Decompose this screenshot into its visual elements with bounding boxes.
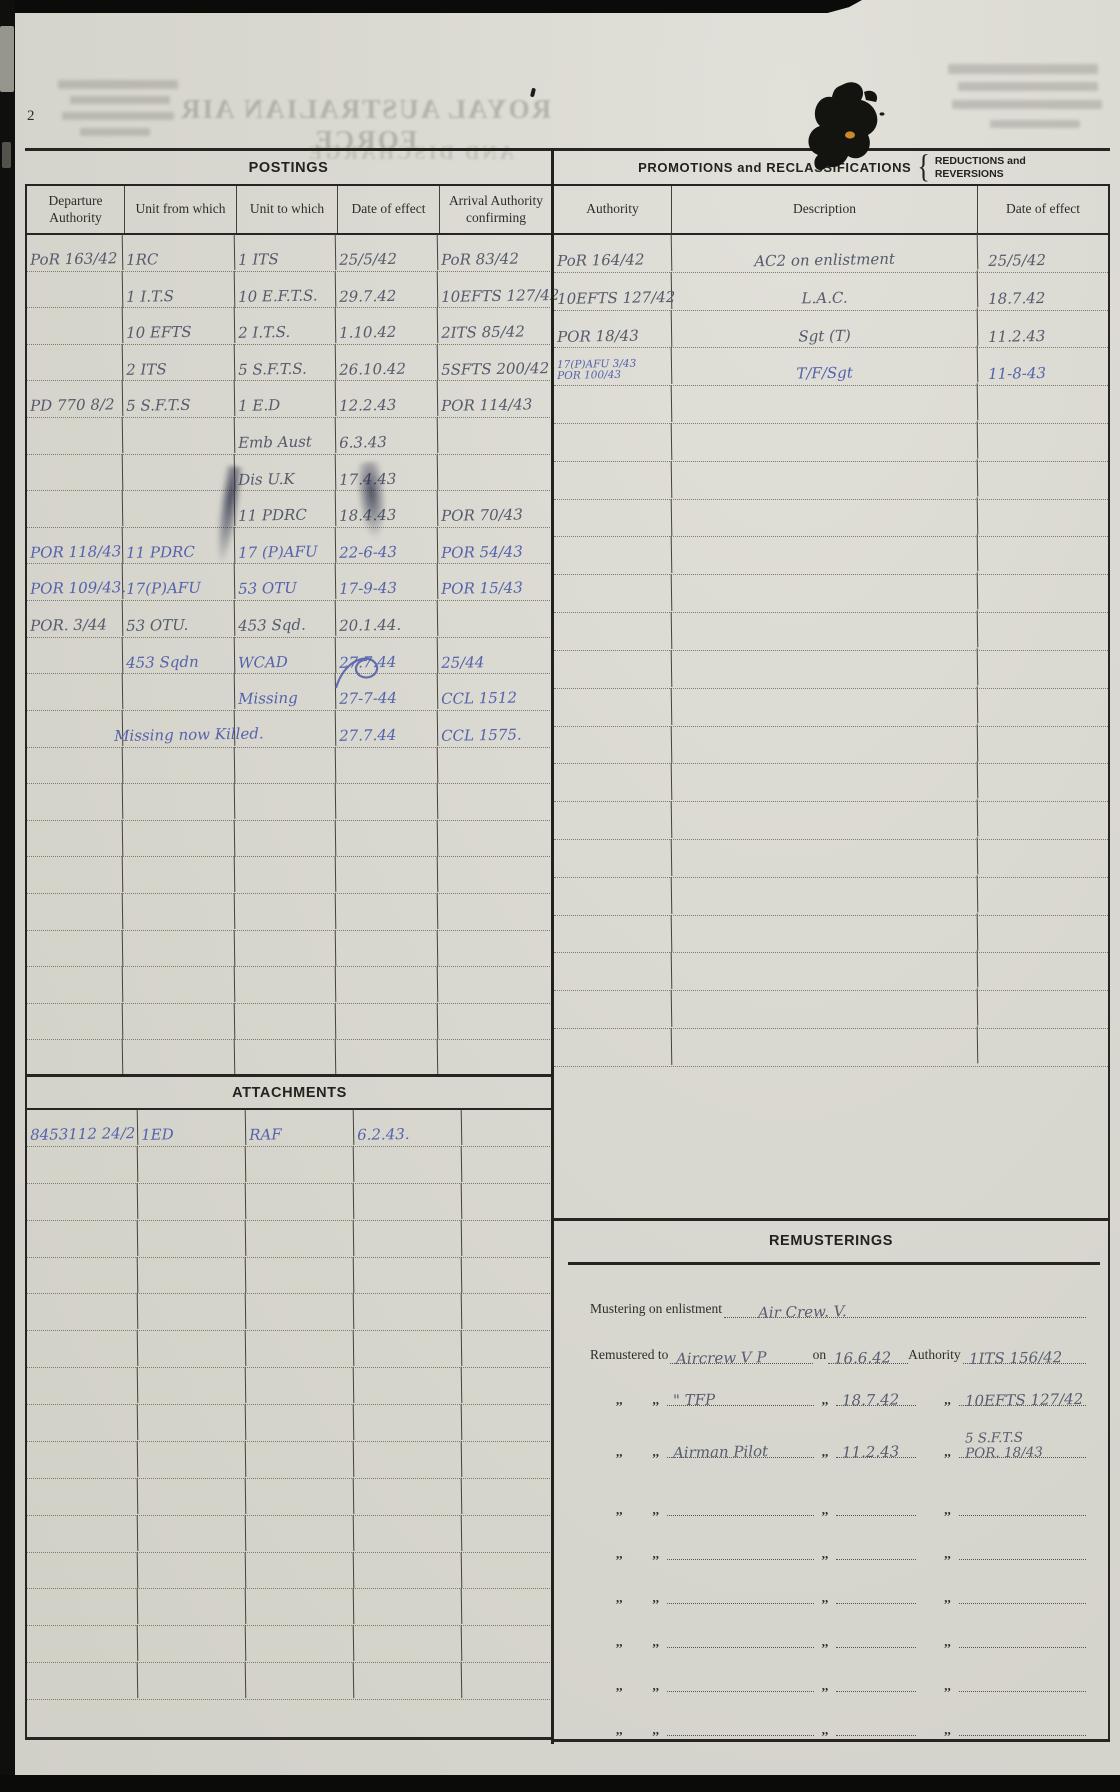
scan-edge-top — [0, 0, 862, 13]
cell-departure-authority — [27, 490, 124, 527]
postings-row: 453 Sqdn WCAD 27.7.44 25/44 — [27, 638, 552, 675]
postings-row: PD 770 8/2 5 S.F.T.S 1 E.D 12.2.43 POR 1… — [27, 381, 552, 418]
cell-unit-to — [246, 1367, 355, 1405]
cell-extra — [462, 1294, 553, 1331]
empty-field — [836, 1573, 916, 1604]
cell-authority — [27, 1257, 139, 1295]
cell-unit-to — [246, 1441, 355, 1479]
postings-row — [27, 821, 552, 858]
cell-arrival-authority — [438, 966, 551, 1004]
cell-unit-from — [123, 747, 236, 785]
remustering-empty-row: ,, ,, ,, ,, — [590, 1706, 1086, 1736]
cell-authority — [554, 725, 673, 764]
cell-unit-from — [123, 1003, 236, 1041]
empty-field — [836, 1661, 916, 1692]
cell-arrival-authority: PoR 83/42 — [438, 234, 551, 272]
cell-departure-authority — [27, 673, 124, 710]
cell-unit-to: Dis U.K — [235, 454, 337, 491]
cell-date — [354, 1330, 463, 1368]
cell-arrival-authority: CCL 1575. — [438, 710, 551, 748]
ditto-mark: ,, — [942, 1591, 953, 1604]
promotions-row — [554, 651, 1108, 689]
cell-description: L.A.C. — [672, 270, 979, 312]
attachments-row — [27, 1553, 552, 1590]
cell-departure-authority — [27, 344, 124, 381]
ditto-mark: ,, — [614, 1393, 625, 1406]
empty-field — [667, 1485, 814, 1516]
cell-description — [672, 384, 979, 426]
cell-unit-to — [246, 1293, 355, 1331]
cell-date-of-effect: 1.10.42 — [336, 307, 439, 344]
cell-authority: 8453112 24/2 — [27, 1109, 139, 1147]
empty-field — [959, 1661, 1086, 1692]
remusterings-title: REMUSTERINGS — [769, 1233, 893, 1249]
ditto-mark: ,, — [942, 1635, 953, 1648]
cell-authority — [27, 1220, 139, 1258]
cell-arrival-authority — [438, 600, 551, 638]
ditto-mark: ,, — [820, 1445, 831, 1458]
col-date-of-effect: Date of effect — [338, 186, 440, 233]
mustering-field: Air Crew. V. — [724, 1291, 1086, 1318]
cell-date-of-effect — [336, 966, 439, 1003]
col-date-of-effect: Date of effect — [978, 186, 1108, 233]
cell-arrival-authority: 5SFTS 200/42 — [438, 344, 551, 382]
promotions-row: 17(P)AFU 3/43 POR 100/43 T/F/Sgt 11-8-43 — [554, 348, 1108, 386]
remustered-to-field: " TFP — [667, 1367, 814, 1406]
cell-unit-to — [235, 856, 337, 893]
empty-field — [836, 1485, 916, 1516]
remustered-authority-value: 1ITS 156/42 — [969, 1350, 1063, 1367]
ditto-mark: ,, — [651, 1591, 662, 1604]
postings-row: 1 I.T.S 10 E.F.T.S. 29.7.42 10EFTS 127/4… — [27, 272, 552, 309]
authority-label: Authority — [908, 1347, 963, 1364]
reductions-line1: REDUCTIONS and — [935, 155, 1026, 167]
cell-unit-to — [235, 1003, 337, 1040]
ditto-mark: ,, — [651, 1723, 662, 1736]
cell-authority — [554, 574, 673, 613]
postings-row — [27, 784, 552, 821]
ditto-mark: ,, — [614, 1635, 625, 1648]
postings-row: Missing now Killed. 27.7.44 CCL 1575. — [27, 711, 552, 748]
cell-unit-from: 5 S.F.T.S — [123, 380, 236, 418]
cell-date-of-effect — [336, 930, 439, 967]
cell-authority — [554, 877, 673, 916]
cell-unit-from — [138, 1404, 247, 1442]
cell-arrival-authority: POR 114/43 — [438, 380, 551, 418]
remustering-entry-row: ,, ,, Airman Pilot ,, 11.2.43 ,, 5 S.F.T… — [590, 1420, 1086, 1458]
cell-date-of-effect — [978, 385, 1109, 424]
cell-authority — [554, 915, 673, 954]
remustered-on-field: 18.7.42 — [836, 1367, 916, 1406]
cell-date-of-effect — [978, 839, 1109, 878]
attachments-row — [27, 1368, 552, 1405]
cell-authority — [27, 1515, 139, 1553]
cell-unit-from — [138, 1220, 247, 1258]
postings-rows: PoR 163/42 1RC 1 ITS 25/5/42 PoR 83/42 1… — [25, 235, 552, 1077]
cell-unit-to — [246, 1515, 355, 1553]
bleedthrough-smudge — [958, 82, 1098, 91]
cell-arrival-authority: 25/44 — [438, 637, 551, 675]
remustered-line: Remustered to Aircrew V P on 16.6.42 Aut… — [590, 1338, 1086, 1364]
cell-date-of-effect: 20.1.44. — [336, 600, 439, 637]
cell-date-of-effect — [978, 877, 1109, 916]
cell-description — [672, 951, 979, 993]
attachments-title: ATTACHMENTS — [232, 1085, 347, 1101]
cell-departure-authority — [27, 710, 124, 747]
postings-row: Missing 27-7-44 CCL 1512 — [27, 674, 552, 711]
remustered-to-value: Airman Pilot — [673, 1444, 768, 1461]
cell-unit-from: 2 ITS — [123, 344, 236, 382]
promotions-column-headers: Authority Description Date of effect — [554, 184, 1110, 235]
promotions-row — [554, 953, 1108, 991]
promotions-row — [554, 764, 1108, 802]
cell-date-of-effect — [336, 893, 439, 930]
cell-unit-to — [235, 747, 337, 784]
ditto-mark: ,, — [942, 1547, 953, 1560]
cell-departure-authority — [27, 857, 124, 894]
attachments-row — [27, 1221, 552, 1258]
remusterings-header: REMUSTERINGS — [554, 1232, 1108, 1250]
promotions-row — [554, 878, 1108, 916]
cell-unit-to — [235, 820, 337, 857]
cell-unit-to: 10 E.F.T.S. — [235, 271, 337, 308]
cell-date — [354, 1662, 463, 1700]
postings-row: 11 PDRC 18.4.43 POR 70/43 — [27, 491, 552, 528]
cell-date-of-effect: 6.3.43 — [336, 417, 439, 454]
cell-unit-from — [123, 454, 236, 492]
cell-date — [354, 1478, 463, 1516]
cell-extra — [462, 1626, 553, 1663]
cell-date — [354, 1552, 463, 1590]
postings-row — [27, 967, 552, 1004]
cell-arrival-authority — [438, 417, 551, 455]
cell-authority: 17(P)AFU 3/43 POR 100/43 — [554, 347, 673, 386]
ditto-mark: ,, — [614, 1445, 625, 1458]
cell-unit-to — [246, 1257, 355, 1295]
attachments-row — [27, 1184, 552, 1221]
cell-authority — [554, 499, 673, 538]
cell-authority — [554, 536, 673, 575]
remustered-to-value: " TFP — [673, 1393, 715, 1409]
reductions-title: REDUCTIONS and REVERSIONS — [935, 155, 1026, 179]
empty-field — [667, 1529, 814, 1560]
cell-departure-authority — [27, 783, 124, 820]
promotions-section: PROMOTIONS and RECLASSIFICATIONS { REDUC… — [554, 148, 1110, 1221]
promotions-row — [554, 991, 1108, 1029]
promotions-row — [554, 500, 1108, 538]
cell-unit-to — [235, 893, 337, 930]
mustering-line: Mustering on enlistment Air Crew. V. — [590, 1292, 1086, 1318]
promotions-row — [554, 386, 1108, 424]
cell-authority — [27, 1625, 139, 1663]
cell-departure-authority — [27, 930, 124, 967]
cell-authority — [554, 688, 673, 727]
cell-date-of-effect: 11.2.43 — [978, 309, 1109, 348]
cell-date-of-effect: 26.10.42 — [336, 344, 439, 381]
cell-date-of-effect — [978, 952, 1109, 991]
cell-unit-from — [138, 1146, 247, 1184]
page-number: 2 — [27, 108, 35, 125]
empty-field — [959, 1529, 1086, 1560]
cell-arrival-authority: POR 54/43 — [438, 527, 551, 565]
scan-edge-tear — [0, 26, 14, 92]
postings-row: 10 EFTS 2 I.T.S. 1.10.42 2ITS 85/42 — [27, 308, 552, 345]
cell-description — [672, 988, 979, 1030]
attachments-section: ATTACHMENTS 8453112 24/2 1ED RAF 6.2.43. — [25, 1074, 552, 1740]
cell-date-of-effect — [978, 688, 1109, 727]
cell-extra — [462, 1404, 553, 1441]
ditto-mark: ,, — [651, 1393, 662, 1406]
cell-date — [354, 1146, 463, 1184]
promotions-row — [554, 840, 1108, 878]
remustered-authority-field: 10EFTS 127/42 — [959, 1367, 1086, 1406]
cell-description — [672, 497, 979, 539]
cell-unit-to — [246, 1220, 355, 1258]
empty-field — [836, 1617, 916, 1648]
cell-description — [672, 724, 979, 766]
postings-section: POSTINGS Departure Authority Unit from w… — [25, 148, 552, 1077]
cell-unit-from — [138, 1552, 247, 1590]
cell-unit-to: 1 ITS — [235, 234, 337, 271]
cell-departure-authority — [27, 417, 124, 454]
cell-extra — [462, 1146, 553, 1183]
cell-date-of-effect — [336, 783, 439, 820]
cell-unit-from — [123, 1039, 236, 1077]
empty-field — [667, 1705, 814, 1736]
cell-date — [354, 1293, 463, 1331]
cell-unit-from — [123, 856, 236, 894]
cell-date-of-effect — [336, 1040, 439, 1077]
cell-authority — [27, 1589, 139, 1627]
cell-description — [672, 913, 979, 955]
remustered-to-field: Aircrew V P — [670, 1337, 812, 1364]
cell-unit-to: WCAD — [235, 637, 337, 674]
ditto-mark: ,, — [651, 1679, 662, 1692]
ditto-mark: ,, — [651, 1635, 662, 1648]
cell-date-of-effect — [978, 461, 1109, 500]
postings-column-headers: Departure Authority Unit from which Unit… — [25, 184, 552, 235]
cell-arrival-authority: 2ITS 85/42 — [438, 307, 551, 345]
ditto-mark: ,, — [614, 1723, 625, 1736]
on-label: on — [813, 1347, 829, 1364]
cell-date-of-effect: 25/5/42 — [336, 234, 439, 271]
remustering-empty-row: ,, ,, ,, ,, — [590, 1662, 1086, 1692]
ink-blot — [798, 78, 890, 178]
cell-unit-from — [123, 417, 236, 455]
cell-unit-to: Missing — [235, 673, 337, 710]
cell-extra — [462, 1257, 553, 1294]
ditto-mark: ,, — [651, 1503, 662, 1516]
cell-authority — [27, 1330, 139, 1368]
cell-authority — [27, 1404, 139, 1442]
remustering-empty-row: ,, ,, ,, ,, — [590, 1530, 1086, 1560]
cell-authority: PoR 164/42 — [554, 234, 673, 273]
cell-description — [672, 875, 979, 917]
cell-extra — [462, 1441, 553, 1478]
ditto-mark: ,, — [820, 1723, 831, 1736]
ditto-mark: ,, — [614, 1679, 625, 1692]
cell-extra — [462, 1330, 553, 1367]
cell-unit-from — [138, 1367, 247, 1405]
ditto-mark: ,, — [820, 1503, 831, 1516]
cell-unit-to: 5 S.F.T.S. — [235, 344, 337, 381]
remustered-to-value: Aircrew V P — [676, 1350, 767, 1367]
scan-edge-tear — [2, 142, 11, 168]
promotions-row — [554, 575, 1108, 613]
cell-extra — [462, 1220, 553, 1257]
cell-extra — [462, 1367, 553, 1404]
promotions-row — [554, 1029, 1108, 1067]
cell-unit-from: 53 OTU. — [123, 600, 236, 638]
cell-date-of-effect — [978, 725, 1109, 764]
ditto-mark: ,, — [614, 1591, 625, 1604]
cell-arrival-authority — [438, 820, 551, 858]
col-description: Description — [672, 186, 978, 233]
cell-authority — [554, 612, 673, 651]
cell-description — [672, 1026, 979, 1068]
ditto-mark: ,, — [651, 1547, 662, 1560]
ditto-mark: ,, — [942, 1679, 953, 1692]
postings-row: PoR 163/42 1RC 1 ITS 25/5/42 PoR 83/42 — [27, 235, 552, 272]
cell-departure-authority — [27, 1040, 124, 1077]
cell-authority — [27, 1367, 139, 1405]
cell-unit-to: 53 OTU — [235, 564, 337, 601]
bleedthrough-smudge — [62, 112, 174, 120]
cell-date-of-effect — [978, 914, 1109, 953]
cell-unit-to — [235, 966, 337, 1003]
cell-departure-authority: POR 118/43 — [27, 527, 124, 564]
promotions-row — [554, 424, 1108, 462]
postings-row: POR 118/43 11 PDRC 17 (P)AFU 22-6-43 POR… — [27, 528, 552, 565]
cell-arrival-authority — [438, 856, 551, 894]
postings-row — [27, 748, 552, 785]
col-arrival-authority: Arrival Authority confirming — [440, 186, 552, 233]
cell-departure-authority — [27, 966, 124, 1003]
cell-unit-from — [138, 1625, 247, 1663]
cell-date — [354, 1515, 463, 1553]
cell-authority — [27, 1552, 139, 1590]
cell-date-of-effect — [978, 536, 1109, 575]
cell-description: Sgt (T) — [672, 308, 979, 350]
col-departure-authority: Departure Authority — [27, 186, 125, 233]
promotions-row: 10EFTS 127/42 L.A.C. 18.7.42 — [554, 273, 1108, 311]
cell-unit-to — [246, 1146, 355, 1184]
cell-unit-to: Emb Aust — [235, 417, 337, 454]
cell-date — [354, 1625, 463, 1663]
cell-date-of-effect: 12.2.43 — [336, 381, 439, 418]
bleedthrough-smudge — [70, 96, 170, 104]
cell-arrival-authority — [438, 1003, 551, 1041]
col-authority: Authority — [554, 186, 672, 233]
ditto-mark: ,, — [614, 1547, 625, 1560]
cell-unit-from — [123, 673, 236, 711]
attachments-row — [27, 1479, 552, 1516]
postings-row — [27, 857, 552, 894]
cell-arrival-authority: CCL 1512 — [438, 673, 551, 711]
reductions-line2: REVERSIONS — [935, 168, 1004, 180]
cell-unit-to — [246, 1404, 355, 1442]
empty-field — [836, 1529, 916, 1560]
attachments-row — [27, 1331, 552, 1368]
cell-authority — [27, 1293, 139, 1331]
empty-field — [959, 1705, 1086, 1736]
cell-unit-from — [123, 966, 236, 1004]
cell-date-of-effect — [978, 499, 1109, 538]
attachments-row — [27, 1405, 552, 1442]
cell-authority — [554, 839, 673, 878]
cell-date-of-effect: 18.7.42 — [978, 272, 1109, 311]
cell-extra — [462, 1109, 553, 1146]
cell-description — [672, 535, 979, 577]
cell-date-of-effect — [336, 1003, 439, 1040]
cell-date-of-effect: 17.4.43 — [336, 454, 439, 491]
cell-description — [672, 799, 979, 841]
promotions-row — [554, 689, 1108, 727]
promotions-row — [554, 537, 1108, 575]
cell-description — [672, 421, 979, 463]
cell-departure-authority: PD 770 8/2 — [27, 381, 124, 418]
bleedthrough-smudge — [80, 128, 150, 136]
cell-unit-to: 11 PDRC — [235, 490, 337, 527]
scan-edge-bottom — [0, 1775, 1120, 1792]
cell-unit-to: 2 I.T.S. — [235, 307, 337, 344]
cell-departure-authority — [27, 820, 124, 857]
cell-unit-from — [123, 820, 236, 858]
cell-unit-from — [138, 1478, 247, 1516]
bleedthrough-smudge — [58, 80, 178, 89]
mustering-label: Mustering on enlistment — [590, 1301, 724, 1318]
cell-authority — [554, 952, 673, 991]
cell-departure-authority — [27, 1003, 124, 1040]
cell-authority — [554, 385, 673, 424]
cell-unit-to: 453 Sqd. — [235, 600, 337, 637]
ditto-mark: ,, — [820, 1547, 831, 1560]
cell-unit-from — [138, 1257, 247, 1295]
empty-field — [667, 1617, 814, 1648]
ditto-mark: ,, — [942, 1723, 953, 1736]
remustering-empty-row: ,, ,, ,, ,, — [590, 1574, 1086, 1604]
postings-header: POSTINGS — [25, 148, 552, 184]
remustered-on-field: 16.6.42 — [828, 1337, 908, 1364]
col-unit-from: Unit from which — [125, 186, 237, 233]
postings-row: 2 ITS 5 S.F.T.S. 26.10.42 5SFTS 200/42 — [27, 345, 552, 382]
postings-row: POR. 3/44 53 OTU. 453 Sqd. 20.1.44. — [27, 601, 552, 638]
cell-date — [354, 1441, 463, 1479]
postings-row — [27, 931, 552, 968]
remusterings-rule — [568, 1262, 1100, 1265]
cell-authority: POR 18/43 — [554, 310, 673, 349]
attachments-row: 8453112 24/2 1ED RAF 6.2.43. — [27, 1110, 552, 1147]
cell-unit-to — [246, 1589, 355, 1627]
cell-authority — [554, 1028, 673, 1067]
cell-unit-from — [138, 1662, 247, 1700]
cell-unit-to: 17 (P)AFU — [235, 527, 337, 564]
cell-date-of-effect: 25/5/42 — [978, 234, 1109, 273]
cell-unit-to: 1 E.D — [235, 381, 337, 418]
cell-unit-from: Missing now Killed. — [111, 710, 236, 748]
cell-extra — [462, 1589, 553, 1626]
empty-field — [667, 1661, 814, 1692]
cell-unit-to — [246, 1552, 355, 1590]
cell-unit-from — [138, 1589, 247, 1627]
cell-date-of-effect — [978, 801, 1109, 840]
cell-extra — [462, 1515, 553, 1552]
remustering-entry-row: ,, ,, " TFP ,, 18.7.42 ,, 10EFTS 127/42 — [590, 1368, 1086, 1406]
empty-field — [959, 1617, 1086, 1648]
cell-unit-from — [138, 1183, 247, 1221]
postings-row: Emb Aust 6.3.43 — [27, 418, 552, 455]
remustering-empty-row: ,, ,, ,, ,, — [590, 1486, 1086, 1516]
